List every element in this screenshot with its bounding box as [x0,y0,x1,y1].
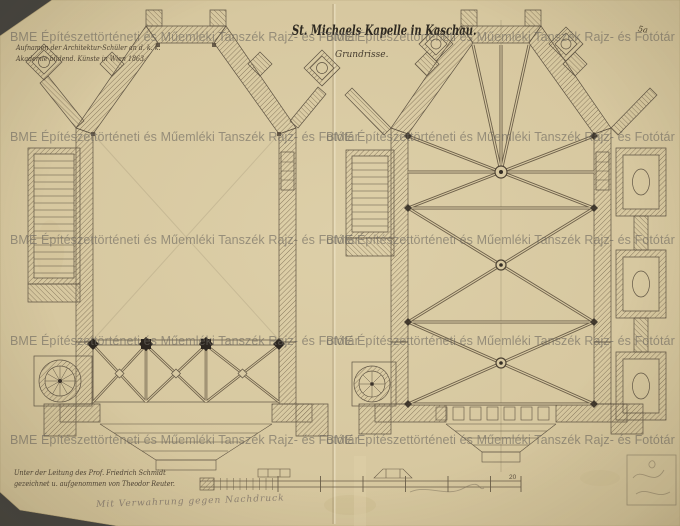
credit-note: Unter der Leitung des Prof. Friedrich Sc… [14,468,175,490]
watermark: BME Építészettörténeti és Műemléki Tansz… [326,233,675,247]
watermark: BME Építészettörténeti és Műemléki Tansz… [10,433,359,447]
survey-note-line1: Aufnamen der Architektur-Schüler an d. k… [16,43,160,54]
sheet-subtitle: Grundrisse. [335,50,388,60]
drawing-sheet-svg [0,0,680,526]
watermark: BME Építészettörténeti és Műemléki Tansz… [10,233,359,247]
archival-photo-of-plan-sheet: St. Michaels Kapelle in Kaschau. Grundri… [0,0,680,526]
scale-end-label: 20 [509,474,516,481]
credit-note-line2: gezeichnet u. aufgenommen von Theodor Re… [14,479,175,490]
survey-note-line2: Akademie bildend. Künste in Wien 1863. [16,54,160,65]
watermark: BME Építészettörténeti és Műemléki Tansz… [326,30,675,44]
survey-note: Aufnamen der Architektur-Schüler an d. k… [16,43,160,65]
watermark: BME Építészettörténeti és Műemléki Tansz… [326,334,675,348]
paper-sheet [0,0,680,526]
credit-note-line1: Unter der Leitung des Prof. Friedrich Sc… [14,468,175,479]
watermark: BME Építészettörténeti és Műemléki Tansz… [326,130,675,144]
watermark: BME Építészettörténeti és Műemléki Tansz… [10,30,359,44]
watermark: BME Építészettörténeti és Műemléki Tansz… [326,433,675,447]
watermark: BME Építészettörténeti és Műemléki Tansz… [10,334,359,348]
watermark: BME Építészettörténeti és Műemléki Tansz… [10,130,359,144]
